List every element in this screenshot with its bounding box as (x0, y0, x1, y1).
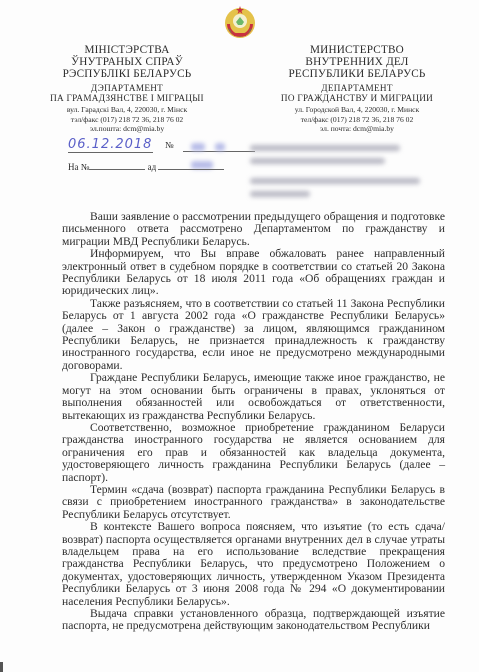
ministry-name-line: МИНИСТЕРСТВО (252, 44, 462, 56)
department-subtitle: ПА ГРАМАДЗЯНСТВЕ І МІГРАЦЫІ (22, 93, 232, 103)
email: эл. почта: dcm@mia.by (252, 124, 462, 133)
phone: тел/факс (017) 218 72 36, 218 76 02 (252, 115, 462, 124)
ministry-name-line: ВНУТРЕННИХ ДЕЛ (252, 56, 462, 68)
belarus-coat-of-arms-icon (222, 4, 258, 40)
body-paragraph: Также разъясняем, что в соответствии со … (62, 298, 445, 372)
redacted-recipient-address (250, 145, 440, 204)
body-paragraph: В контексте Вашего вопроса поясняем, что… (62, 521, 445, 608)
department-subtitle: ПО ГРАЖДАНСТВУ И МИГРАЦИИ (252, 93, 462, 103)
ministry-name-line: МІНІСТЭРСТВА (22, 44, 232, 56)
address: вул. Гарадскі Вал, 4, 220030, г. Мінск (22, 105, 232, 114)
body-paragraph: Выдача справки установленного образца, п… (62, 608, 445, 633)
scan-edge-mark (0, 662, 3, 672)
reply-reference-line: На № ад (68, 161, 224, 172)
address: ул. Городской Вал, 4, 220030, г. Минск (252, 105, 462, 114)
ministry-name-line: РЭСПУБЛІКІ БЕЛАРУСЬ (22, 68, 232, 80)
header-belarusian: МІНІСТЭРСТВА ЎНУТРАНЫХ СПРАЎ РЭСПУБЛІКІ … (22, 44, 232, 133)
handwritten-date: 06.12.2018 (68, 137, 153, 153)
header-russian: МИНИСТЕРСТВО ВНУТРЕННИХ ДЕЛ РЕСПУБЛИКИ Б… (252, 44, 462, 133)
body-paragraph: Соответственно, возможное приобретение г… (62, 422, 445, 484)
phone: тэл/факс (017) 218 72 36, 218 76 02 (22, 115, 232, 124)
body-paragraph: Граждане Республики Беларусь, имеющие та… (62, 372, 445, 422)
body-paragraph: Термин «сдача (возврат) паспорта граждан… (62, 484, 445, 521)
department-title: ДЭПАРТАМЕНТ (22, 83, 232, 93)
department-title: ДЕПАРТАМЕНТ (252, 83, 462, 93)
ministry-name-line: ЎНУТРАНЫХ СПРАЎ (22, 56, 232, 68)
reply-date-blank (158, 161, 224, 170)
registration-line: 06.12.2018 № (68, 137, 258, 157)
body-paragraph: Ваши заявление о рассмотрении предыдущег… (62, 211, 445, 248)
letter-page: МІНІСТЭРСТВА ЎНУТРАНЫХ СПРАЎ РЭСПУБЛІКІ … (0, 0, 479, 672)
reply-to-label: На № (68, 162, 89, 172)
number-sign: № (165, 140, 174, 150)
redacted-registration-number (183, 138, 255, 152)
body-paragraph: Информируем, что Вы вправе обжаловать ра… (62, 248, 445, 298)
letter-body: Ваши заявление о рассмотрении предыдущег… (62, 211, 445, 633)
ministry-name-line: РЕСПУБЛИКИ БЕЛАРУСЬ (252, 68, 462, 80)
email: эл.пошта: dcm@mia.by (22, 124, 232, 133)
reply-from-label: ад (148, 162, 157, 172)
reply-number-blank (89, 161, 145, 170)
